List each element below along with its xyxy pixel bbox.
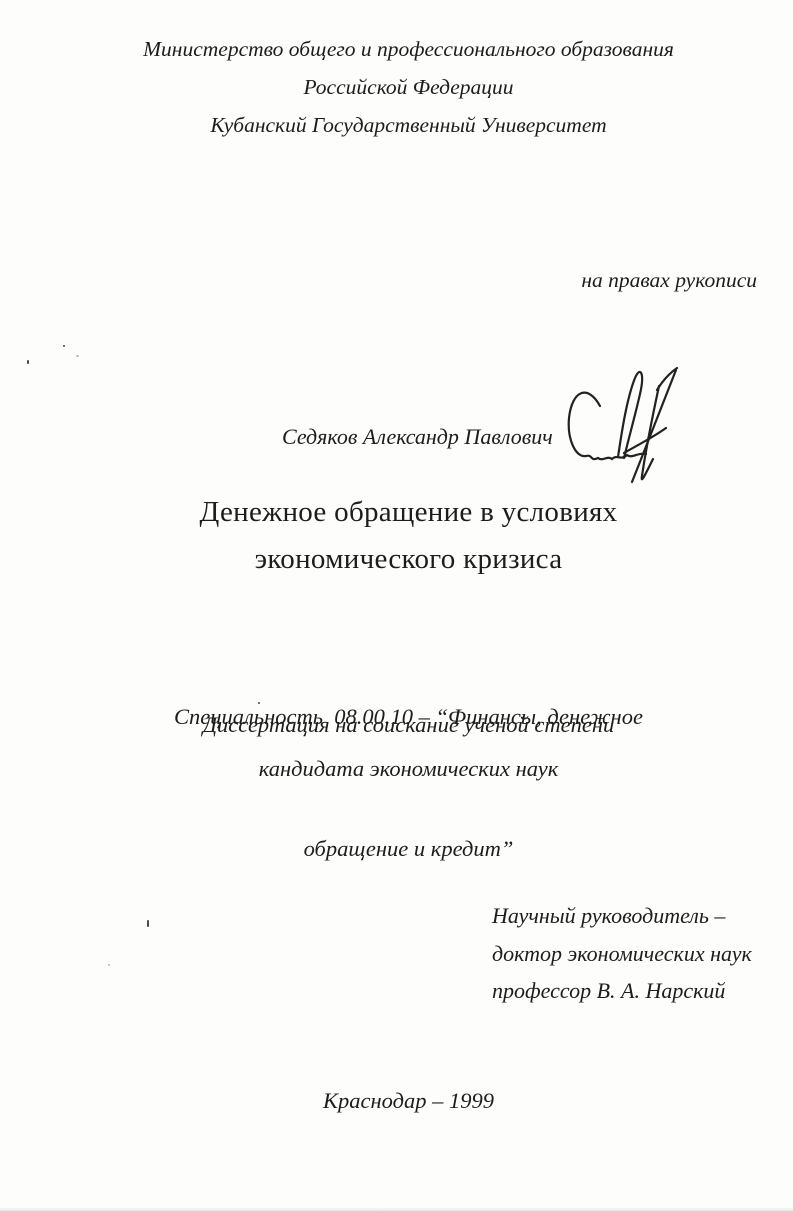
supervisor-line-3: профессор В. А. Нарский (492, 972, 752, 1010)
university-line: Кубанский Государственный Университет (12, 106, 793, 144)
city-year: Краснодар – 1999 (12, 1088, 793, 1114)
specialty-line-2: обращение и кредит” (12, 827, 793, 871)
scan-speckle (76, 355, 79, 357)
supervisor-block: Научный руководитель – доктор экономичес… (492, 897, 752, 1010)
author-name: Седяков Александр Павлович (282, 424, 553, 450)
degree-statement: Диссертация на соискание ученой степени … (12, 703, 793, 791)
ministry-line: Министерство общего и профессионального … (12, 30, 793, 68)
supervisor-line-2: доктор экономических наук (492, 935, 752, 973)
federation-line: Российской Федерации (12, 68, 793, 106)
title-line-2: экономического кризиса (12, 536, 793, 583)
title-line-1: Денежное обращение в условиях (12, 489, 793, 536)
scan-speckle (63, 345, 65, 347)
institution-header: Министерство общего и профессионального … (12, 30, 793, 144)
scan-speckle (147, 920, 149, 927)
dissertation-title-page: Министерство общего и профессионального … (0, 0, 793, 1211)
manuscript-note: на правах рукописи (581, 268, 757, 293)
scan-speckle (27, 360, 29, 364)
scan-speckle (108, 964, 110, 966)
supervisor-line-1: Научный руководитель – (492, 897, 752, 935)
signature-icon (560, 356, 705, 504)
dissertation-title: Денежное обращение в условиях экономичес… (12, 489, 793, 583)
scan-speckle (258, 702, 260, 704)
degree-line-2: кандидата экономических наук (12, 747, 793, 791)
degree-line-1: Диссертация на соискание ученой степени (12, 703, 793, 747)
